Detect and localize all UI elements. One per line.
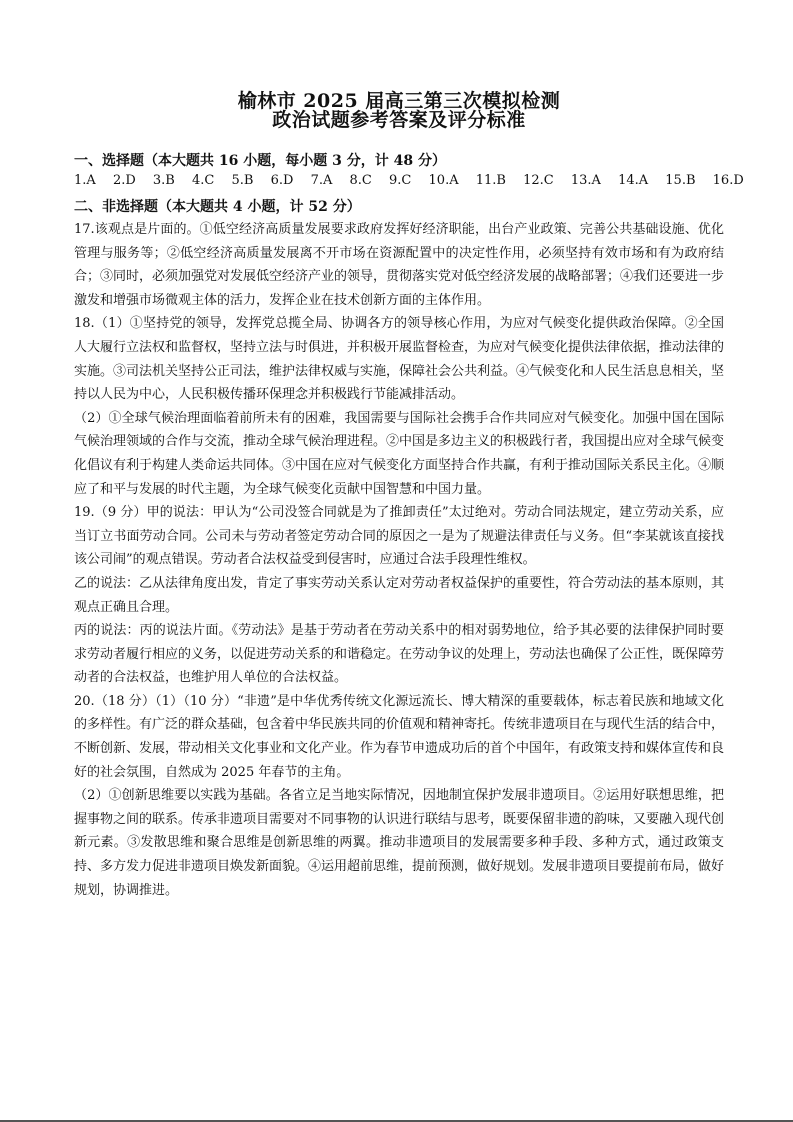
- answer-paragraph-18-2: （2）①全球气候治理面临着前所未有的困难，我国需要与国际社会携手合作共同应对气候…: [74, 407, 724, 501]
- answer-item: 8.C: [350, 173, 372, 188]
- section-1-heading: 一、选择题（本大题共 16 小题，每小题 3 分，计 48 分）: [74, 150, 446, 170]
- answer-body: 17.该观点是片面的。①低空经济高质量发展要求政府发挥好经济职能，出台产业政策、…: [74, 218, 724, 902]
- answer-item: 6.D: [271, 173, 294, 188]
- answer-item: 16.D: [713, 173, 744, 188]
- answer-item: 15.B: [665, 173, 695, 188]
- answer-paragraph-17: 17.该观点是片面的。①低空经济高质量发展要求政府发挥好经济职能，出台产业政策、…: [74, 218, 724, 312]
- answer-item: 4.C: [192, 173, 214, 188]
- answer-item: 11.B: [476, 173, 506, 188]
- answer-item: 7.A: [311, 173, 333, 188]
- answer-item: 14.A: [618, 173, 648, 188]
- answer-item: 10.A: [429, 173, 459, 188]
- document-subtitle: 政治试题参考答案及评分标准: [74, 105, 724, 132]
- answer-item: 2.D: [113, 173, 136, 188]
- answer-item: 3.B: [153, 173, 175, 188]
- answer-item: 13.A: [571, 173, 601, 188]
- answer-item: 9.C: [389, 173, 411, 188]
- answer-paragraph-19-bing: 丙的说法：丙的说法片面。《劳动法》是基于劳动者在劳动关系中的相对弱势地位，给予其…: [74, 619, 724, 690]
- answer-item: 1.A: [74, 173, 96, 188]
- answer-item: 5.B: [232, 173, 254, 188]
- answer-paragraph-18-1: 18.（1）①坚持党的领导，发挥党总揽全局、协调各方的领导核心作用，为应对气候变…: [74, 312, 724, 406]
- answer-key-row: 1.A 2.D 3.B 4.C 5.B 6.D 7.A 8.C 9.C 10.A…: [74, 173, 757, 188]
- answer-item: 12.C: [523, 173, 554, 188]
- answer-paragraph-20-2: （2）①创新思维要以实践为基础。各省立足当地实际情况，因地制宜保护发展非遗项目。…: [74, 784, 724, 902]
- answer-paragraph-19-yi: 乙的说法：乙从法律角度出发，肯定了事实劳动关系认定对劳动者权益保护的重要性，符合…: [74, 572, 724, 619]
- answer-paragraph-19-jia: 19.（9 分）甲的说法：甲认为“公司没签合同就是为了推卸责任”太过绝对。劳动合…: [74, 501, 724, 572]
- answer-paragraph-20-1: 20.（18 分）（1）（10 分）“非遗”是中华优秀传统文化源远流长、博大精深…: [74, 690, 724, 784]
- section-2-heading: 二、非选择题（本大题共 4 小题，计 52 分）: [74, 196, 361, 216]
